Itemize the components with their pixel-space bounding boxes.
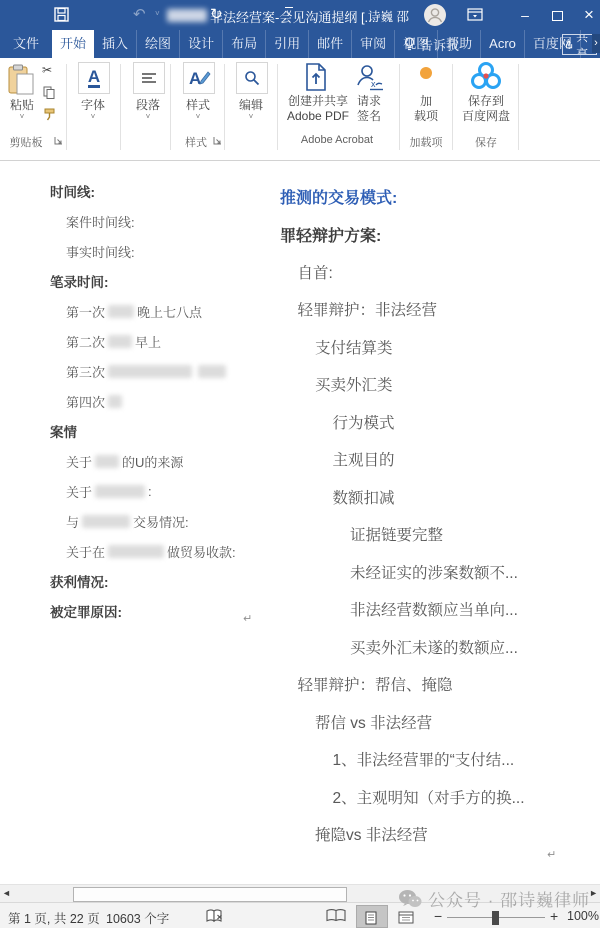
word-window: ↶ ˅ ↻ ˅ 非法经营案-会见沟通提纲 [... 诗巍 邵 – × 文件开始插… — [0, 0, 600, 928]
addins-label-line2: 载项 — [401, 109, 451, 124]
maximize-button[interactable] — [542, 0, 572, 30]
doc-text: 罪轻辩护方案: — [280, 223, 381, 246]
doc-text: 关于在 — [66, 542, 105, 561]
clipboard-dialog-launcher-icon[interactable] — [54, 136, 63, 145]
doc-text: 时间线: — [50, 181, 95, 201]
addins-button[interactable]: 加 载项 — [401, 94, 451, 124]
avatar[interactable] — [423, 3, 447, 27]
minimize-button[interactable]: – — [510, 0, 540, 30]
doc-text: 与 — [66, 512, 79, 531]
doc-text: : — [148, 484, 152, 499]
document-canvas[interactable]: 时间线:案件时间线:事实时间线:笔录时间:第一次晚上七八点第二次早上第三次第四次… — [0, 161, 600, 884]
paragraph-button[interactable] — [133, 62, 165, 94]
print-layout-icon[interactable] — [365, 911, 377, 925]
page-indicator[interactable]: 第 1 页, 共 22 页 — [8, 909, 100, 927]
doc-line[interactable]: 时间线: — [50, 176, 270, 206]
wechat-icon — [398, 889, 422, 909]
redacted-text — [198, 365, 226, 378]
doc-text: 被定罪原因: — [50, 601, 122, 621]
redacted-text — [95, 485, 145, 498]
doc-text: 早上 — [135, 332, 161, 351]
paste-icon[interactable] — [8, 64, 35, 95]
doc-line[interactable]: 第二次早上 — [50, 326, 270, 356]
paragraph-icon — [141, 72, 157, 84]
font-icon: A — [88, 68, 100, 88]
paragraph-mark: ↵ — [547, 848, 556, 861]
doc-text: 帮信 vs 非法经营 — [315, 711, 432, 733]
scrollbar-thumb[interactable] — [73, 887, 347, 902]
doc-text: 获利情况: — [50, 571, 109, 591]
styles-group-label: 样式 — [176, 134, 216, 150]
tab-设计[interactable]: 设计 — [180, 30, 223, 58]
doc-text: 1、非法经营罪的“支付结... — [333, 748, 515, 770]
acrobat-group-label: Adobe Acrobat — [287, 134, 387, 146]
addins-group-label: 加载项 — [401, 134, 451, 150]
baidu-netdisk-icon[interactable] — [470, 61, 502, 91]
tab-插入[interactable]: 插入 — [94, 30, 137, 58]
save-icon[interactable] — [54, 7, 69, 22]
tell-me-label: 告诉我 — [420, 35, 459, 54]
doc-left: 时间线:案件时间线:事实时间线:笔录时间:第一次晚上七八点第二次早上第三次第四次… — [50, 176, 270, 626]
doc-line[interactable]: 案情 — [50, 416, 270, 446]
doc-line[interactable]: 行为模式 — [280, 403, 595, 441]
redacted-title-text — [167, 9, 207, 22]
redacted-text — [108, 335, 132, 348]
doc-line[interactable]: 获利情况: — [50, 566, 270, 596]
styles-icon: A — [187, 67, 211, 89]
doc-line[interactable]: 第三次 — [50, 356, 270, 386]
web-layout-icon[interactable] — [398, 911, 414, 924]
baidu-save-label-line2: 百度网盘 — [456, 109, 516, 124]
doc-text: 关于 — [66, 452, 92, 471]
editing-label: 编辑 — [229, 96, 273, 113]
doc-line[interactable]: 关于的U的来源 — [50, 446, 270, 476]
share-icon — [565, 39, 573, 50]
paragraph-mark: ↵ — [243, 612, 252, 625]
create-pdf-button[interactable]: 创建并共享 Adobe PDF — [286, 94, 350, 124]
doc-line[interactable]: 非法经营数额应当单向... — [280, 591, 595, 629]
doc-text: 第三次 — [66, 362, 105, 381]
doc-text: 第二次 — [66, 332, 105, 351]
doc-text: 晚上七八点 — [137, 302, 202, 321]
watermark-text: 公众号 · 邵诗巍律师 — [428, 886, 590, 911]
doc-right: 推测的交易模式:罪轻辩护方案:自首:轻罪辩护：非法经营支付结算类买卖外汇类行为模… — [280, 178, 595, 853]
doc-text: 证据链要完整 — [350, 523, 443, 545]
tab-布局[interactable]: 布局 — [223, 30, 266, 58]
ribbon-overflow-button[interactable]: › — [592, 34, 600, 53]
redacted-text — [108, 545, 164, 558]
addins-label-line1: 加 — [401, 94, 451, 109]
doc-text: 自首: — [298, 261, 333, 283]
tab-邮件[interactable]: 邮件 — [309, 30, 352, 58]
scroll-left-icon[interactable]: ◄ — [2, 888, 11, 898]
doc-line[interactable]: 事实时间线: — [50, 236, 270, 266]
baidu-save-button[interactable]: 保存到 百度网盘 — [456, 94, 516, 124]
doc-text: 案件时间线: — [66, 212, 135, 231]
doc-line[interactable]: 推测的交易模式: — [280, 178, 595, 216]
styles-dialog-launcher-icon[interactable] — [213, 136, 222, 145]
doc-text: 案情 — [50, 421, 77, 441]
proofing-error-icon[interactable] — [206, 909, 224, 923]
doc-line[interactable]: 关于在做贸易收款: — [50, 536, 270, 566]
read-mode-icon[interactable] — [326, 909, 346, 922]
doc-text: 主观目的 — [333, 448, 395, 470]
tab-文件[interactable]: 文件 — [0, 30, 52, 58]
create-pdf-label-line1: 创建并共享 — [286, 94, 350, 109]
redacted-text — [108, 365, 192, 378]
tell-me[interactable]: 告诉我 — [404, 30, 459, 58]
doc-text: 买卖外汇类 — [315, 373, 393, 395]
request-signature-button[interactable]: 请求 签名 — [349, 94, 389, 124]
font-chevron-icon[interactable]: ˅ — [71, 112, 115, 121]
doc-text: 推测的交易模式: — [280, 185, 397, 208]
request-signature-label-line2: 签名 — [349, 109, 389, 124]
doc-text: 行为模式 — [333, 411, 395, 433]
doc-line[interactable]: 案件时间线: — [50, 206, 270, 236]
paragraph-chevron-icon[interactable]: ˅ — [126, 112, 170, 121]
close-button[interactable]: × — [574, 0, 600, 30]
doc-text: 做贸易收款: — [167, 542, 236, 561]
redacted-text — [108, 395, 122, 408]
redacted-text — [108, 305, 134, 318]
tab-开始[interactable]: 开始 — [52, 30, 94, 58]
create-pdf-icon[interactable] — [303, 63, 329, 91]
doc-line[interactable]: 笔录时间: — [50, 266, 270, 296]
doc-line[interactable]: 未经证实的涉案数额不... — [280, 553, 595, 591]
styles-button-label: 样式 — [176, 96, 220, 113]
tab-绘图[interactable]: 绘图 — [137, 30, 180, 58]
baidu-group-label: 保存 — [461, 134, 511, 150]
copy-icon[interactable] — [43, 86, 55, 99]
undo-icon[interactable]: ↶ — [133, 5, 146, 23]
zoom-level[interactable]: 100% — [567, 909, 599, 923]
doc-text: 轻罪辩护：非法经营 — [298, 298, 438, 320]
doc-line[interactable]: 第四次 — [50, 386, 270, 416]
ribbon-tab-bar: 文件开始插入绘图设计布局引用邮件审阅视图帮助Acro百度网 告诉我 共享 › — [0, 30, 600, 58]
doc-line[interactable]: 数额扣减 — [280, 478, 595, 516]
tab-Acro[interactable]: Acro — [481, 30, 525, 58]
paste-button[interactable]: 粘贴 — [0, 96, 44, 113]
request-signature-label-line1: 请求 — [349, 94, 389, 109]
redacted-text — [82, 515, 130, 528]
doc-text: 2、主观明知（对手方的换... — [333, 786, 525, 808]
doc-line[interactable]: 支付结算类 — [280, 328, 595, 366]
doc-line[interactable]: 第一次晚上七八点 — [50, 296, 270, 326]
clipboard-group-label: 剪贴板 — [3, 134, 49, 150]
scroll-right-icon[interactable]: ► — [589, 888, 598, 898]
doc-text: 的U的来源 — [122, 452, 183, 471]
zoom-slider-thumb[interactable] — [492, 911, 499, 925]
doc-text: 关于 — [66, 482, 92, 501]
doc-line[interactable]: 买卖外汇类 — [280, 366, 595, 404]
word-count[interactable]: 10603 个字 — [106, 909, 169, 927]
font-label: 字体 — [71, 96, 115, 113]
addin-dot-icon[interactable] — [419, 66, 433, 80]
find-icon — [244, 70, 260, 86]
doc-text: 笔录时间: — [50, 271, 109, 291]
tab-引用[interactable]: 引用 — [266, 30, 309, 58]
doc-line[interactable]: 2、主观明知（对手方的换... — [280, 778, 595, 816]
doc-line[interactable]: 关于: — [50, 476, 270, 506]
undo-dropdown-icon[interactable]: ˅ — [155, 9, 160, 18]
lightbulb-icon — [404, 37, 415, 52]
doc-line[interactable]: 被定罪原因: — [50, 596, 270, 626]
doc-text: 交易情况: — [133, 512, 189, 531]
user-name: 诗巍 邵 — [368, 7, 409, 25]
doc-line[interactable]: 帮信 vs 非法经营 — [280, 703, 595, 741]
maximize-icon — [552, 11, 563, 21]
ribbon: 粘贴 ˅ ✂ 剪贴板 A 字体 ˅ 段落 ˅ — [0, 58, 600, 161]
paragraph-label: 段落 — [126, 96, 170, 113]
doc-line[interactable]: 轻罪辩护：帮信、掩隐 — [280, 666, 595, 704]
paste-dropdown-icon[interactable]: ˅ — [0, 112, 44, 121]
baidu-save-label-line1: 保存到 — [456, 94, 516, 109]
doc-line[interactable]: 罪轻辩护方案: — [280, 216, 595, 254]
tab-审阅[interactable]: 审阅 — [352, 30, 395, 58]
window-title: 非法经营案-会见沟通提纲 [... — [210, 7, 375, 26]
doc-line[interactable]: 轻罪辩护：非法经营 — [280, 291, 595, 329]
doc-text: 事实时间线: — [66, 242, 135, 261]
doc-text: 买卖外汇未遂的数额应... — [350, 636, 518, 658]
doc-text: 数额扣减 — [333, 486, 395, 508]
doc-text: 掩隐vs 非法经营 — [315, 823, 428, 845]
doc-line[interactable]: 买卖外汇未遂的数额应... — [280, 628, 595, 666]
doc-text: 轻罪辩护：帮信、掩隐 — [298, 673, 453, 695]
request-signature-icon[interactable]: x — [356, 63, 384, 91]
ribbon-display-options-icon[interactable] — [467, 8, 483, 21]
doc-line[interactable]: 与交易情况: — [50, 506, 270, 536]
font-button[interactable]: A — [78, 62, 110, 94]
doc-text: 支付结算类 — [315, 336, 393, 358]
styles-button[interactable]: A — [183, 62, 215, 94]
doc-text: 未经证实的涉案数额不... — [350, 561, 518, 583]
doc-line[interactable]: 自首: — [280, 253, 595, 291]
editing-chevron-icon[interactable]: ˅ — [229, 112, 273, 121]
ribbon-tab-list: 文件开始插入绘图设计布局引用邮件审阅视图帮助Acro百度网 — [0, 30, 581, 58]
doc-line[interactable]: 证据链要完整 — [280, 516, 595, 554]
editing-button[interactable] — [236, 62, 268, 94]
doc-text: 非法经营数额应当单向... — [350, 598, 518, 620]
redacted-text — [95, 455, 119, 468]
doc-line[interactable]: 1、非法经营罪的“支付结... — [280, 741, 595, 779]
svg-text:A: A — [189, 69, 201, 88]
format-painter-icon[interactable] — [43, 108, 56, 121]
create-pdf-label-line2: Adobe PDF — [286, 109, 350, 124]
title-bar: ↶ ˅ ↻ ˅ 非法经营案-会见沟通提纲 [... 诗巍 邵 – × — [0, 0, 600, 30]
watermark: 公众号 · 邵诗巍律师 — [398, 886, 590, 911]
cut-icon[interactable]: ✂ — [42, 63, 52, 77]
styles-chevron-icon[interactable]: ˅ — [176, 112, 220, 121]
doc-text: 第四次 — [66, 392, 105, 411]
doc-line[interactable]: 主观目的 — [280, 441, 595, 479]
doc-text: 第一次 — [66, 302, 105, 321]
svg-text:x: x — [371, 79, 376, 89]
